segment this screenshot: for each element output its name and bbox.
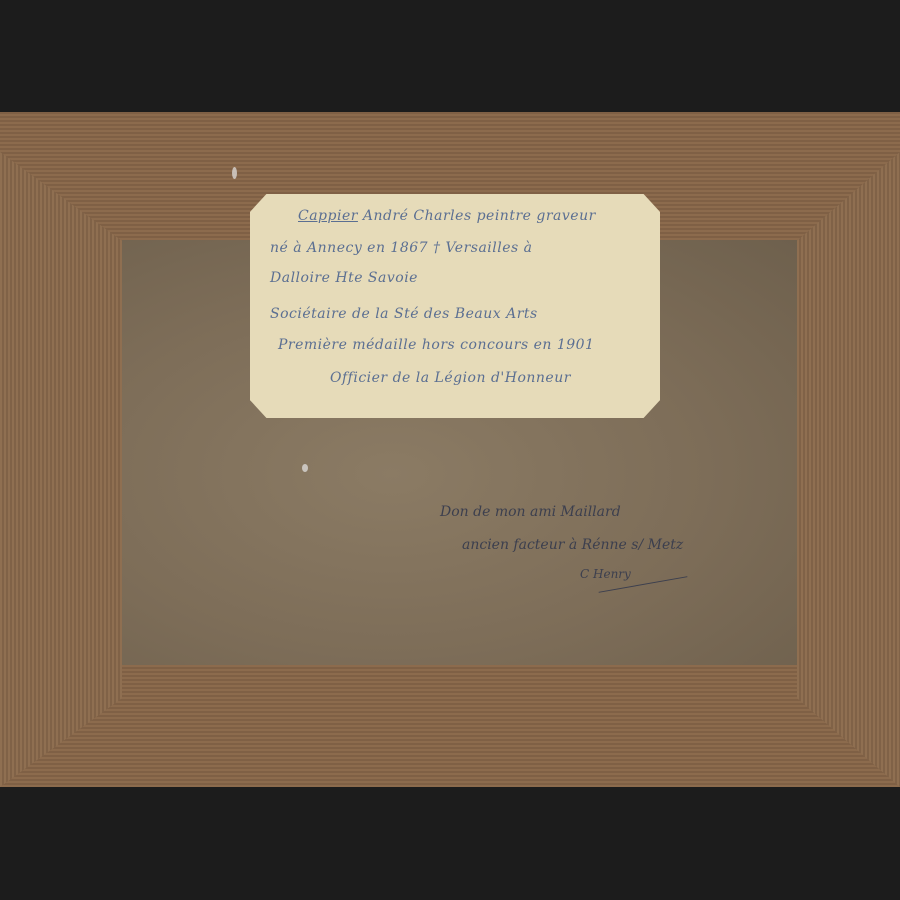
label-line-2: né à Annecy en 1867 † Versailles à xyxy=(270,240,533,256)
signature: C Henry xyxy=(580,567,631,581)
paper-label: Cappier André Charles peintre graveur né… xyxy=(250,194,660,418)
label-line-6: Officier de la Légion d'Honneur xyxy=(330,370,571,386)
kraft-left xyxy=(0,152,122,787)
label-line-4: Sociétaire de la Sté des Beaux Arts xyxy=(270,306,538,322)
label-line-1: Cappier André Charles peintre graveur xyxy=(298,208,596,224)
artist-name: Cappier xyxy=(298,208,358,224)
kraft-bottom xyxy=(0,665,900,787)
kraft-right xyxy=(797,152,900,787)
inscription-line-1: Don de mon ami Maillard xyxy=(440,504,621,520)
label-line-5: Première médaille hors concours en 1901 xyxy=(278,337,594,353)
label-line-3: Dalloire Hte Savoie xyxy=(270,270,418,286)
tape-spot xyxy=(302,464,308,472)
photo: Cappier André Charles peintre graveur né… xyxy=(0,112,900,787)
tape-spot xyxy=(232,167,237,179)
artist-title: André Charles peintre graveur xyxy=(363,208,596,224)
inscription-line-2: ancien facteur à Rénne s/ Metz xyxy=(462,537,683,553)
